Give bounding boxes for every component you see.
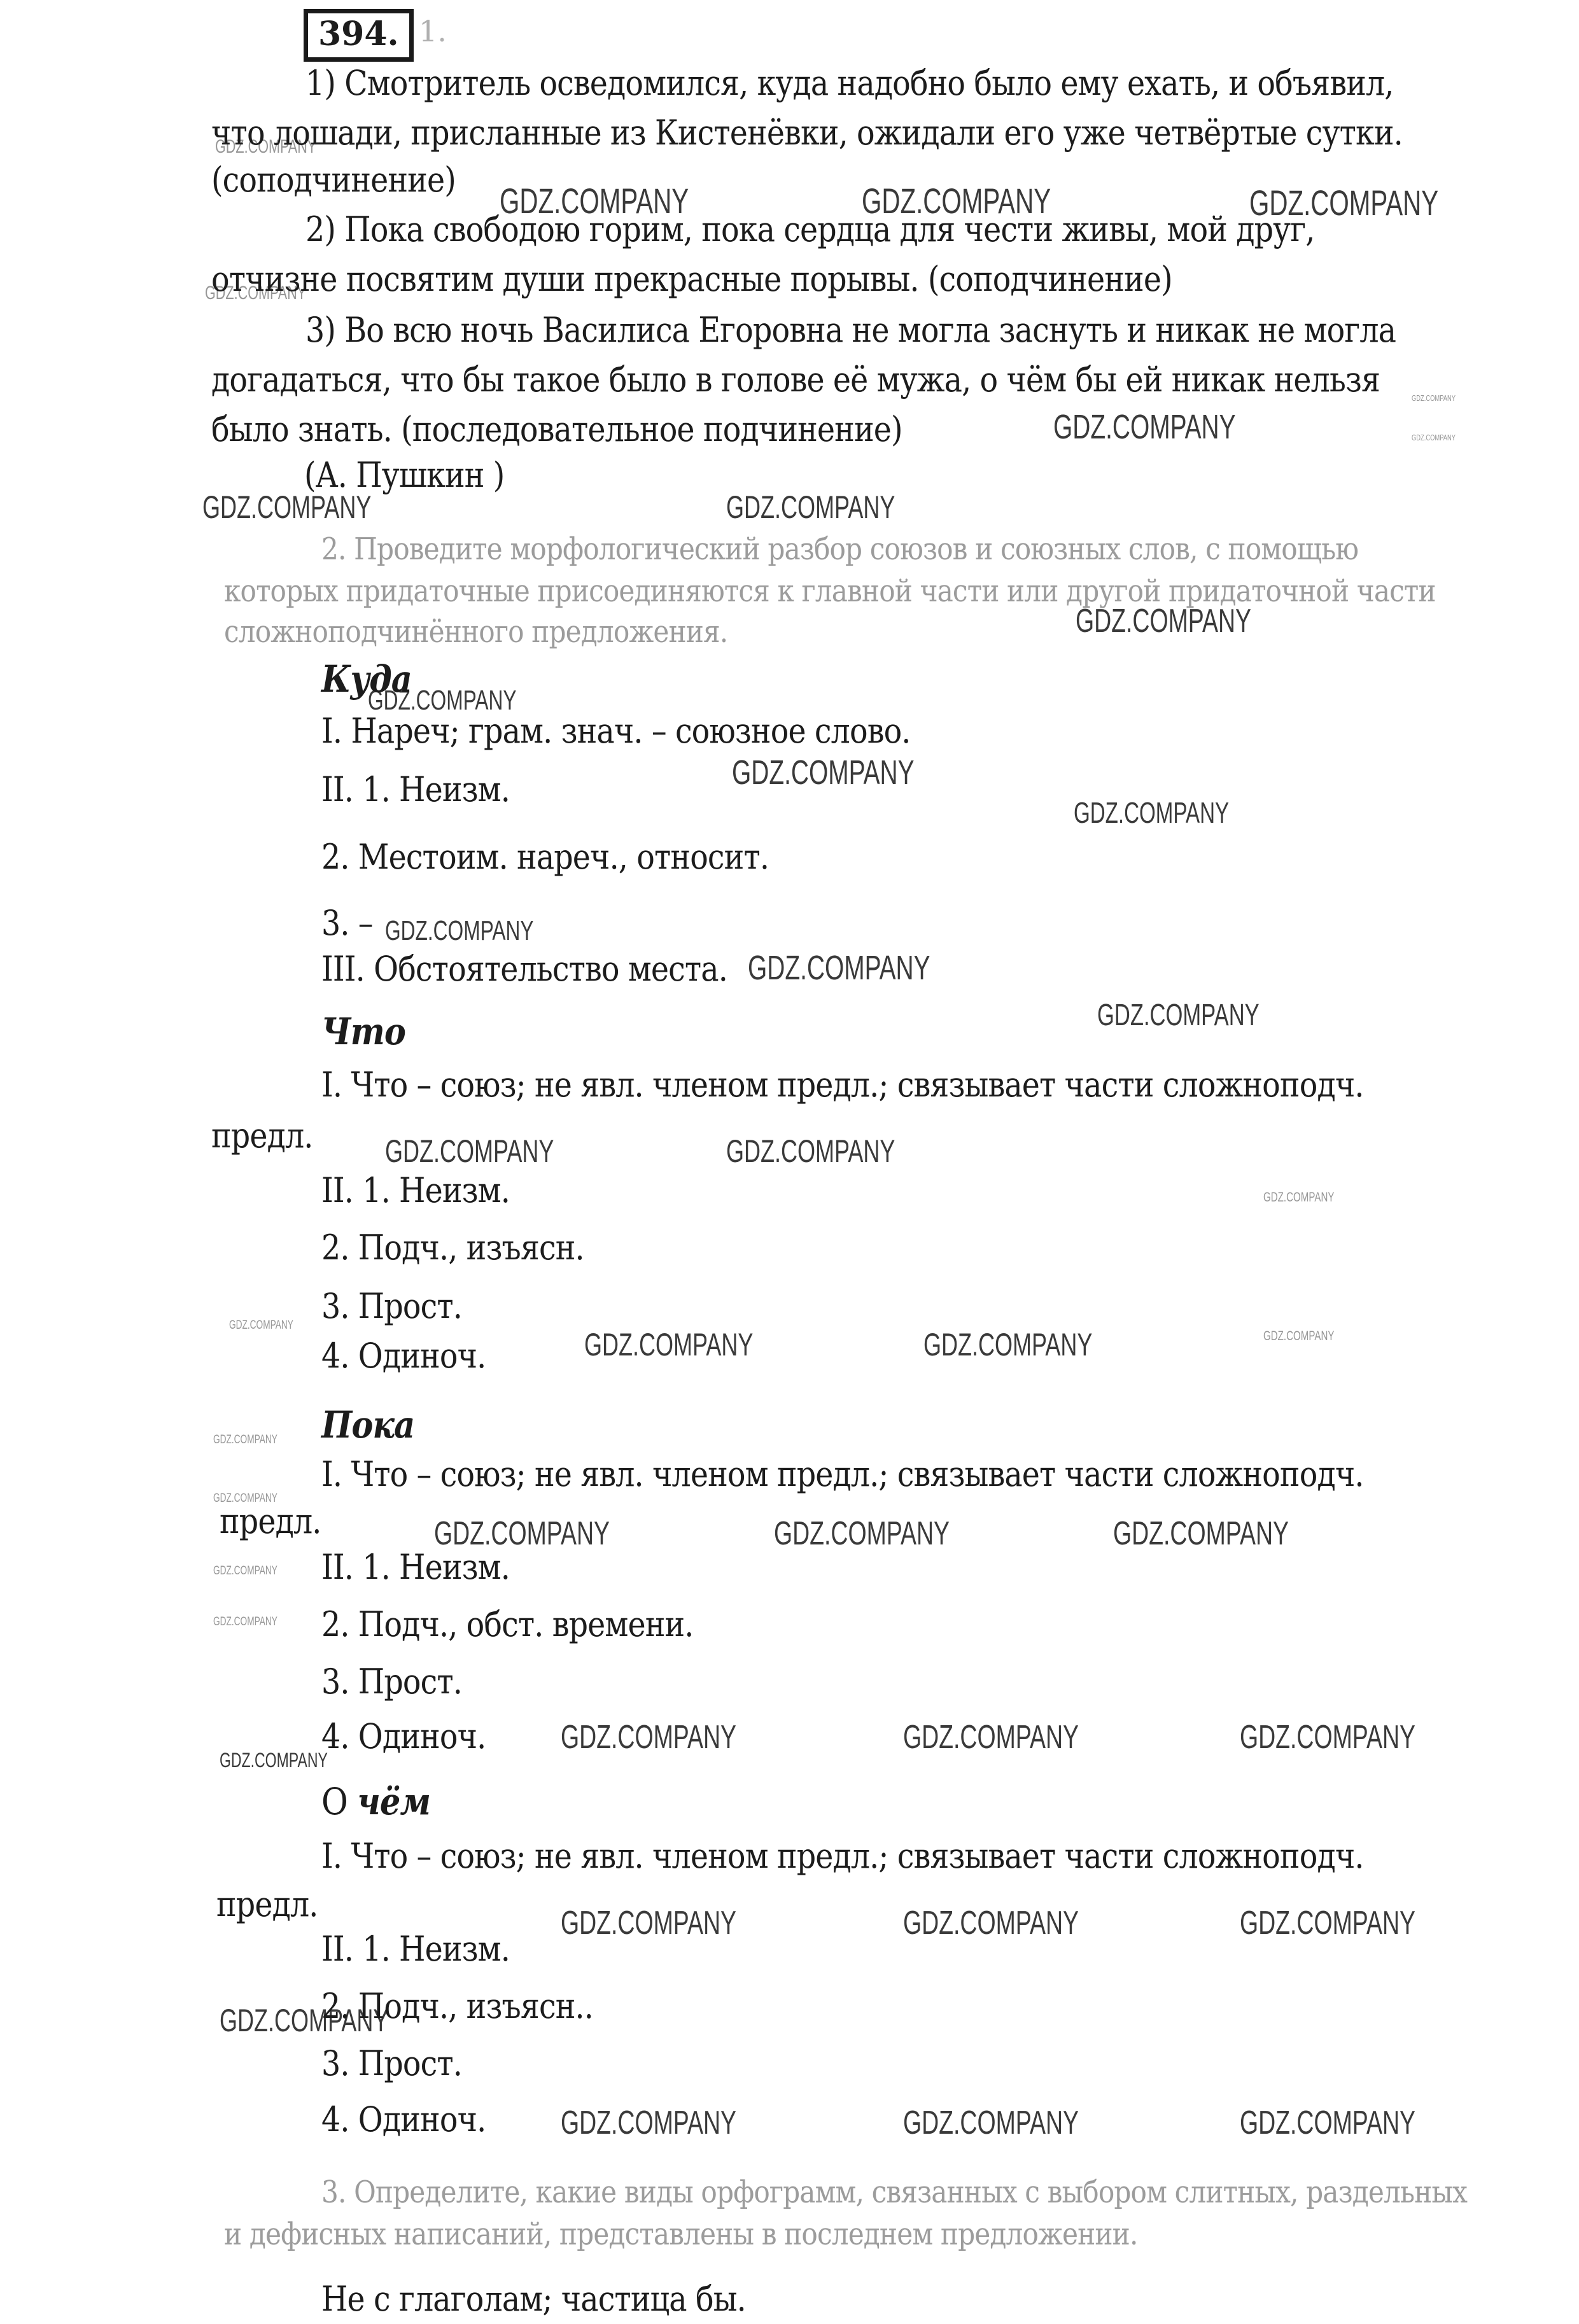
kuda-heading: Куда <box>321 658 412 701</box>
gdz-watermark: GDZ.COMPANY <box>1412 433 1456 442</box>
chto-item-1: I. Что – союз; не явл. членом предл.; св… <box>321 1065 1364 1105</box>
poka-item-4: 3. Прост. <box>321 1662 462 1702</box>
kuda-item-3: 2. Местоим. нареч., относит. <box>321 837 769 877</box>
gdz-watermark: GDZ.COMPANY <box>903 1718 1079 1756</box>
sentence1-line1: 1) Смотритель осведомился, куда надобно … <box>305 64 1394 103</box>
gdz-watermark: GDZ.COMPANY <box>584 1326 753 1363</box>
gdz-watermark: GDZ.COMPANY <box>1240 1718 1415 1756</box>
task3-answer: Не с глаголам; частица бы. <box>321 2279 746 2319</box>
gdz-watermark: GDZ.COMPANY <box>561 2104 736 2142</box>
gdz-watermark: GDZ.COMPANY <box>726 489 895 526</box>
chto-item-3: 2. Подч., изъясн. <box>321 1228 584 1268</box>
poka-item-1-cont: предл. <box>220 1502 321 1541</box>
gdz-watermark: GDZ.COMPANY <box>903 2104 1079 2142</box>
part-number: 1. <box>419 14 447 48</box>
task3-instruction-line2: и дефисных написаний, представлены в пос… <box>224 2217 1138 2252</box>
chto-item-4: 3. Прост. <box>321 1287 462 1326</box>
exercise-number: 394. <box>318 15 399 53</box>
gdz-watermark: GDZ.COMPANY <box>385 915 534 947</box>
gdz-watermark: GDZ.COMPANY <box>229 1319 293 1333</box>
gdz-watermark: GDZ.COMPANY <box>1240 1904 1415 1942</box>
gdz-watermark: GDZ.COMPANY <box>726 1133 895 1170</box>
sentence2-line1: 2) Пока свободою горим, пока сердца для … <box>305 210 1314 249</box>
ochem-heading-word: чём <box>357 1780 430 1823</box>
gdz-watermark: GDZ.COMPANY <box>1263 1190 1334 1205</box>
author-attribution: (А. Пушкин ) <box>304 456 504 495</box>
gdz-watermark: GDZ.COMPANY <box>561 1904 736 1942</box>
task2-instruction-line3: сложноподчинённого предложения. <box>224 615 727 650</box>
kuda-item-2: II. 1. Неизм. <box>321 770 510 809</box>
ochem-item-1-cont: предл. <box>216 1885 318 1924</box>
chto-item-1-cont: предл. <box>211 1116 312 1156</box>
task2-instruction-line2: которых придаточные присоединяются к гла… <box>224 574 1436 609</box>
textbook-page: GDZ.COMPANY GDZ.COMPANY GDZ.COMPANY GDZ.… <box>0 0 1579 2324</box>
sentence3-line2: догадаться, что бы такое было в голове е… <box>211 360 1380 400</box>
poka-item-3: 2. Подч., обст. времени. <box>321 1605 694 1644</box>
sentence1-line2: что лошади, присланные из Кистенёвки, ож… <box>211 113 1403 153</box>
gdz-watermark: GDZ.COMPANY <box>774 1515 950 1553</box>
poka-heading: Пока <box>321 1404 414 1446</box>
task2-instruction-line1: 2. Проведите морфологический разбор союз… <box>321 532 1358 567</box>
ochem-heading-prefix: О <box>321 1780 357 1823</box>
kuda-item-5: III. Обстоятельство места. <box>321 949 727 989</box>
gdz-watermark: GDZ.COMPANY <box>220 1749 328 1772</box>
gdz-watermark: GDZ.COMPANY <box>561 1718 736 1756</box>
sentence2-line2: отчизне посвятим души прекрасные порывы.… <box>211 260 1172 299</box>
ochem-heading: О чём <box>321 1781 430 1823</box>
poka-item-5: 4. Одиноч. <box>321 1717 486 1756</box>
poka-item-1: I. Что – союз; не явл. членом предл.; св… <box>321 1455 1364 1494</box>
gdz-watermark: GDZ.COMPANY <box>1053 407 1236 447</box>
exercise-number-box: 394. <box>304 9 414 62</box>
gdz-watermark: GDZ.COMPANY <box>213 1433 277 1447</box>
chto-item-2: II. 1. Неизм. <box>321 1171 510 1210</box>
gdz-watermark: GDZ.COMPANY <box>1412 393 1456 403</box>
gdz-watermark: GDZ.COMPANY <box>923 1326 1092 1363</box>
gdz-watermark: GDZ.COMPANY <box>1113 1515 1289 1553</box>
sentence3-line3: было знать. (последовательное подчинение… <box>211 410 902 449</box>
gdz-watermark: GDZ.COMPANY <box>1074 795 1229 830</box>
task3-instruction-line1: 3. Определите, какие виды орфограмм, свя… <box>321 2175 1467 2210</box>
ochem-item-4: 3. Прост. <box>321 2044 462 2083</box>
sentence3-line1: 3) Во всю ночь Василиса Егоровна не могл… <box>305 311 1396 350</box>
ochem-item-5: 4. Одиноч. <box>321 2100 486 2139</box>
chto-item-5: 4. Одиноч. <box>321 1336 486 1376</box>
sentence1-note: (соподчинение) <box>211 160 456 200</box>
kuda-item-4: 3. – <box>321 904 373 943</box>
ochem-item-1: I. Что – союз; не явл. членом предл.; св… <box>321 1837 1364 1876</box>
gdz-watermark: GDZ.COMPANY <box>1263 1329 1334 1344</box>
chto-heading: Что <box>321 1011 405 1053</box>
gdz-watermark: GDZ.COMPANY <box>903 1904 1079 1942</box>
gdz-watermark: GDZ.COMPANY <box>385 1133 554 1170</box>
kuda-item-1: I. Нареч; грам. знач. – союзное слово. <box>321 711 911 751</box>
gdz-watermark: GDZ.COMPANY <box>732 753 915 792</box>
gdz-watermark: GDZ.COMPANY <box>748 948 930 988</box>
gdz-watermark: GDZ.COMPANY <box>213 1615 277 1629</box>
ochem-item-2: II. 1. Неизм. <box>321 1929 510 1969</box>
gdz-watermark: GDZ.COMPANY <box>1240 2104 1415 2142</box>
poka-item-2: II. 1. Неизм. <box>321 1548 510 1587</box>
gdz-watermark: GDZ.COMPANY <box>213 1564 277 1578</box>
gdz-watermark: GDZ.COMPANY <box>1097 998 1260 1033</box>
ochem-item-3: 2. Подч., изъясн.. <box>321 1987 593 2026</box>
